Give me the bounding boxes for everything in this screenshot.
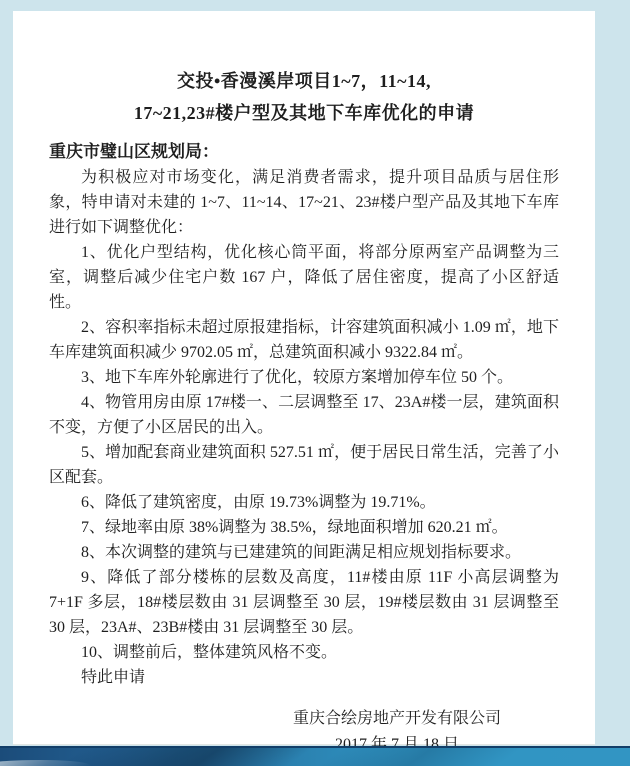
signature-company: 重庆合绘房地产开发有限公司 (293, 706, 501, 732)
footer-band (0, 746, 630, 766)
document-title-line-1: 交投•香漫溪岸项目1~7，11~14, (49, 65, 559, 97)
paragraph-item-9: 9、降低了部分楼栋的层数及高度，11#楼由原 11F 小高层调整为 7+1F 多… (49, 565, 559, 640)
paragraph-item-5: 5、增加配套商业建筑面积 527.51 ㎡，便于居民日常生活，完善了小区配套。 (49, 440, 559, 490)
paragraph-item-6: 6、降低了建筑密度，由原 19.73%调整为 19.71%。 (49, 490, 559, 515)
salutation: 重庆市璧山区规划局： (49, 139, 559, 165)
slide-background: { "colors": { "outer_background": "#cde4… (0, 0, 630, 766)
document-page: 交投•香漫溪岸项目1~7，11~14, 17~21,23#楼户型及其地下车库优化… (13, 11, 595, 745)
document-title: 交投•香漫溪岸项目1~7，11~14, 17~21,23#楼户型及其地下车库优化… (49, 65, 559, 129)
paragraph-item-3: 3、地下车库外轮廓进行了优化，较原方案增加停车位 50 个。 (49, 365, 559, 390)
paragraph-item-8: 8、本次调整的建筑与已建建筑的间距满足相应规划指标要求。 (49, 540, 559, 565)
paragraph-item-10: 10、调整前后，整体建筑风格不变。 (49, 640, 559, 665)
closing-phrase: 特此申请 (49, 665, 559, 690)
document-title-line-2: 17~21,23#楼户型及其地下车库优化的申请 (49, 97, 559, 129)
paragraph-item-1: 1、优化户型结构，优化核心筒平面，将部分原两室产品调整为三室，调整后减少住宅户数… (49, 240, 559, 315)
document-content: 交投•香漫溪岸项目1~7，11~14, 17~21,23#楼户型及其地下车库优化… (13, 11, 595, 758)
paragraph-item-4: 4、物管用房由原 17#楼一、二层调整至 17、23A#楼一层，建筑面积不变，方… (49, 390, 559, 440)
paragraph-item-7: 7、绿地率由原 38%调整为 38.5%，绿地面积增加 620.21 ㎡。 (49, 515, 559, 540)
footer-swoosh-dark2-icon (309, 746, 532, 766)
paragraph-intro: 为积极应对市场变化，满足消费者需求，提升项目品质与居住形象，特申请对未建的 1~… (49, 165, 559, 240)
document-body: 为积极应对市场变化，满足消费者需求，提升项目品质与居住形象，特申请对未建的 1~… (49, 165, 559, 690)
paragraph-item-2: 2、容积率指标未超过原报建指标，计容建筑面积减小 1.09 ㎡，地下车库建筑面积… (49, 315, 559, 365)
